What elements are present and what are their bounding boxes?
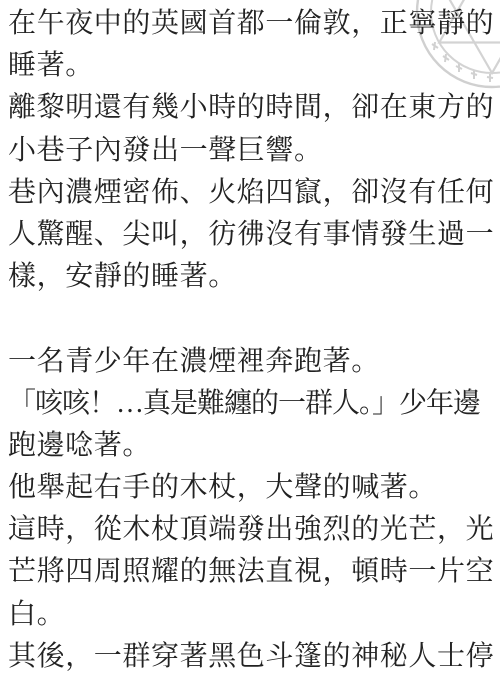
- text-line-5: 巷內濃煙密佈、火焰四竄，卻沒有任何: [8, 172, 495, 214]
- text-line-9: 「咳咳！…真是難纏的一群人。」少年邊: [8, 383, 495, 425]
- text-line-14: 白。: [8, 594, 495, 636]
- text-line-6: 人驚醒、尖叫，彷彿沒有事情發生過一: [8, 214, 495, 256]
- story-text: 在午夜中的英國首都一倫敦，正寧靜的 睡著。 離黎明還有幾小時的時間，卻在東方的 …: [8, 3, 495, 678]
- text-line-12: 這時，從木杖頂端發出強烈的光芒，光: [8, 509, 495, 551]
- text-line-10: 跑邊唸著。: [8, 425, 495, 467]
- text-line-3: 離黎明還有幾小時的時間，卻在東方的: [8, 87, 495, 129]
- text-line-2: 睡著。: [8, 45, 495, 87]
- novel-page: 在午夜中的英國首都一倫敦，正寧靜的 睡著。 離黎明還有幾小時的時間，卻在東方的 …: [0, 0, 500, 700]
- text-line-4: 小巷子內發出一聲巨響。: [8, 130, 495, 172]
- text-line-11: 他舉起右手的木杖，大聲的喊著。: [8, 467, 495, 509]
- text-line-15: 其後，一群穿著黑色斗篷的神秘人士停: [8, 636, 495, 678]
- text-line-7: 樣，安靜的睡著。: [8, 256, 495, 298]
- text-line-13: 芒將四周照耀的無法直視，頓時一片空: [8, 551, 495, 593]
- text-line-1: 在午夜中的英國首都一倫敦，正寧靜的: [8, 3, 495, 45]
- blank-line: [8, 298, 495, 340]
- text-line-8: 一名青少年在濃煙裡奔跑著。: [8, 341, 495, 383]
